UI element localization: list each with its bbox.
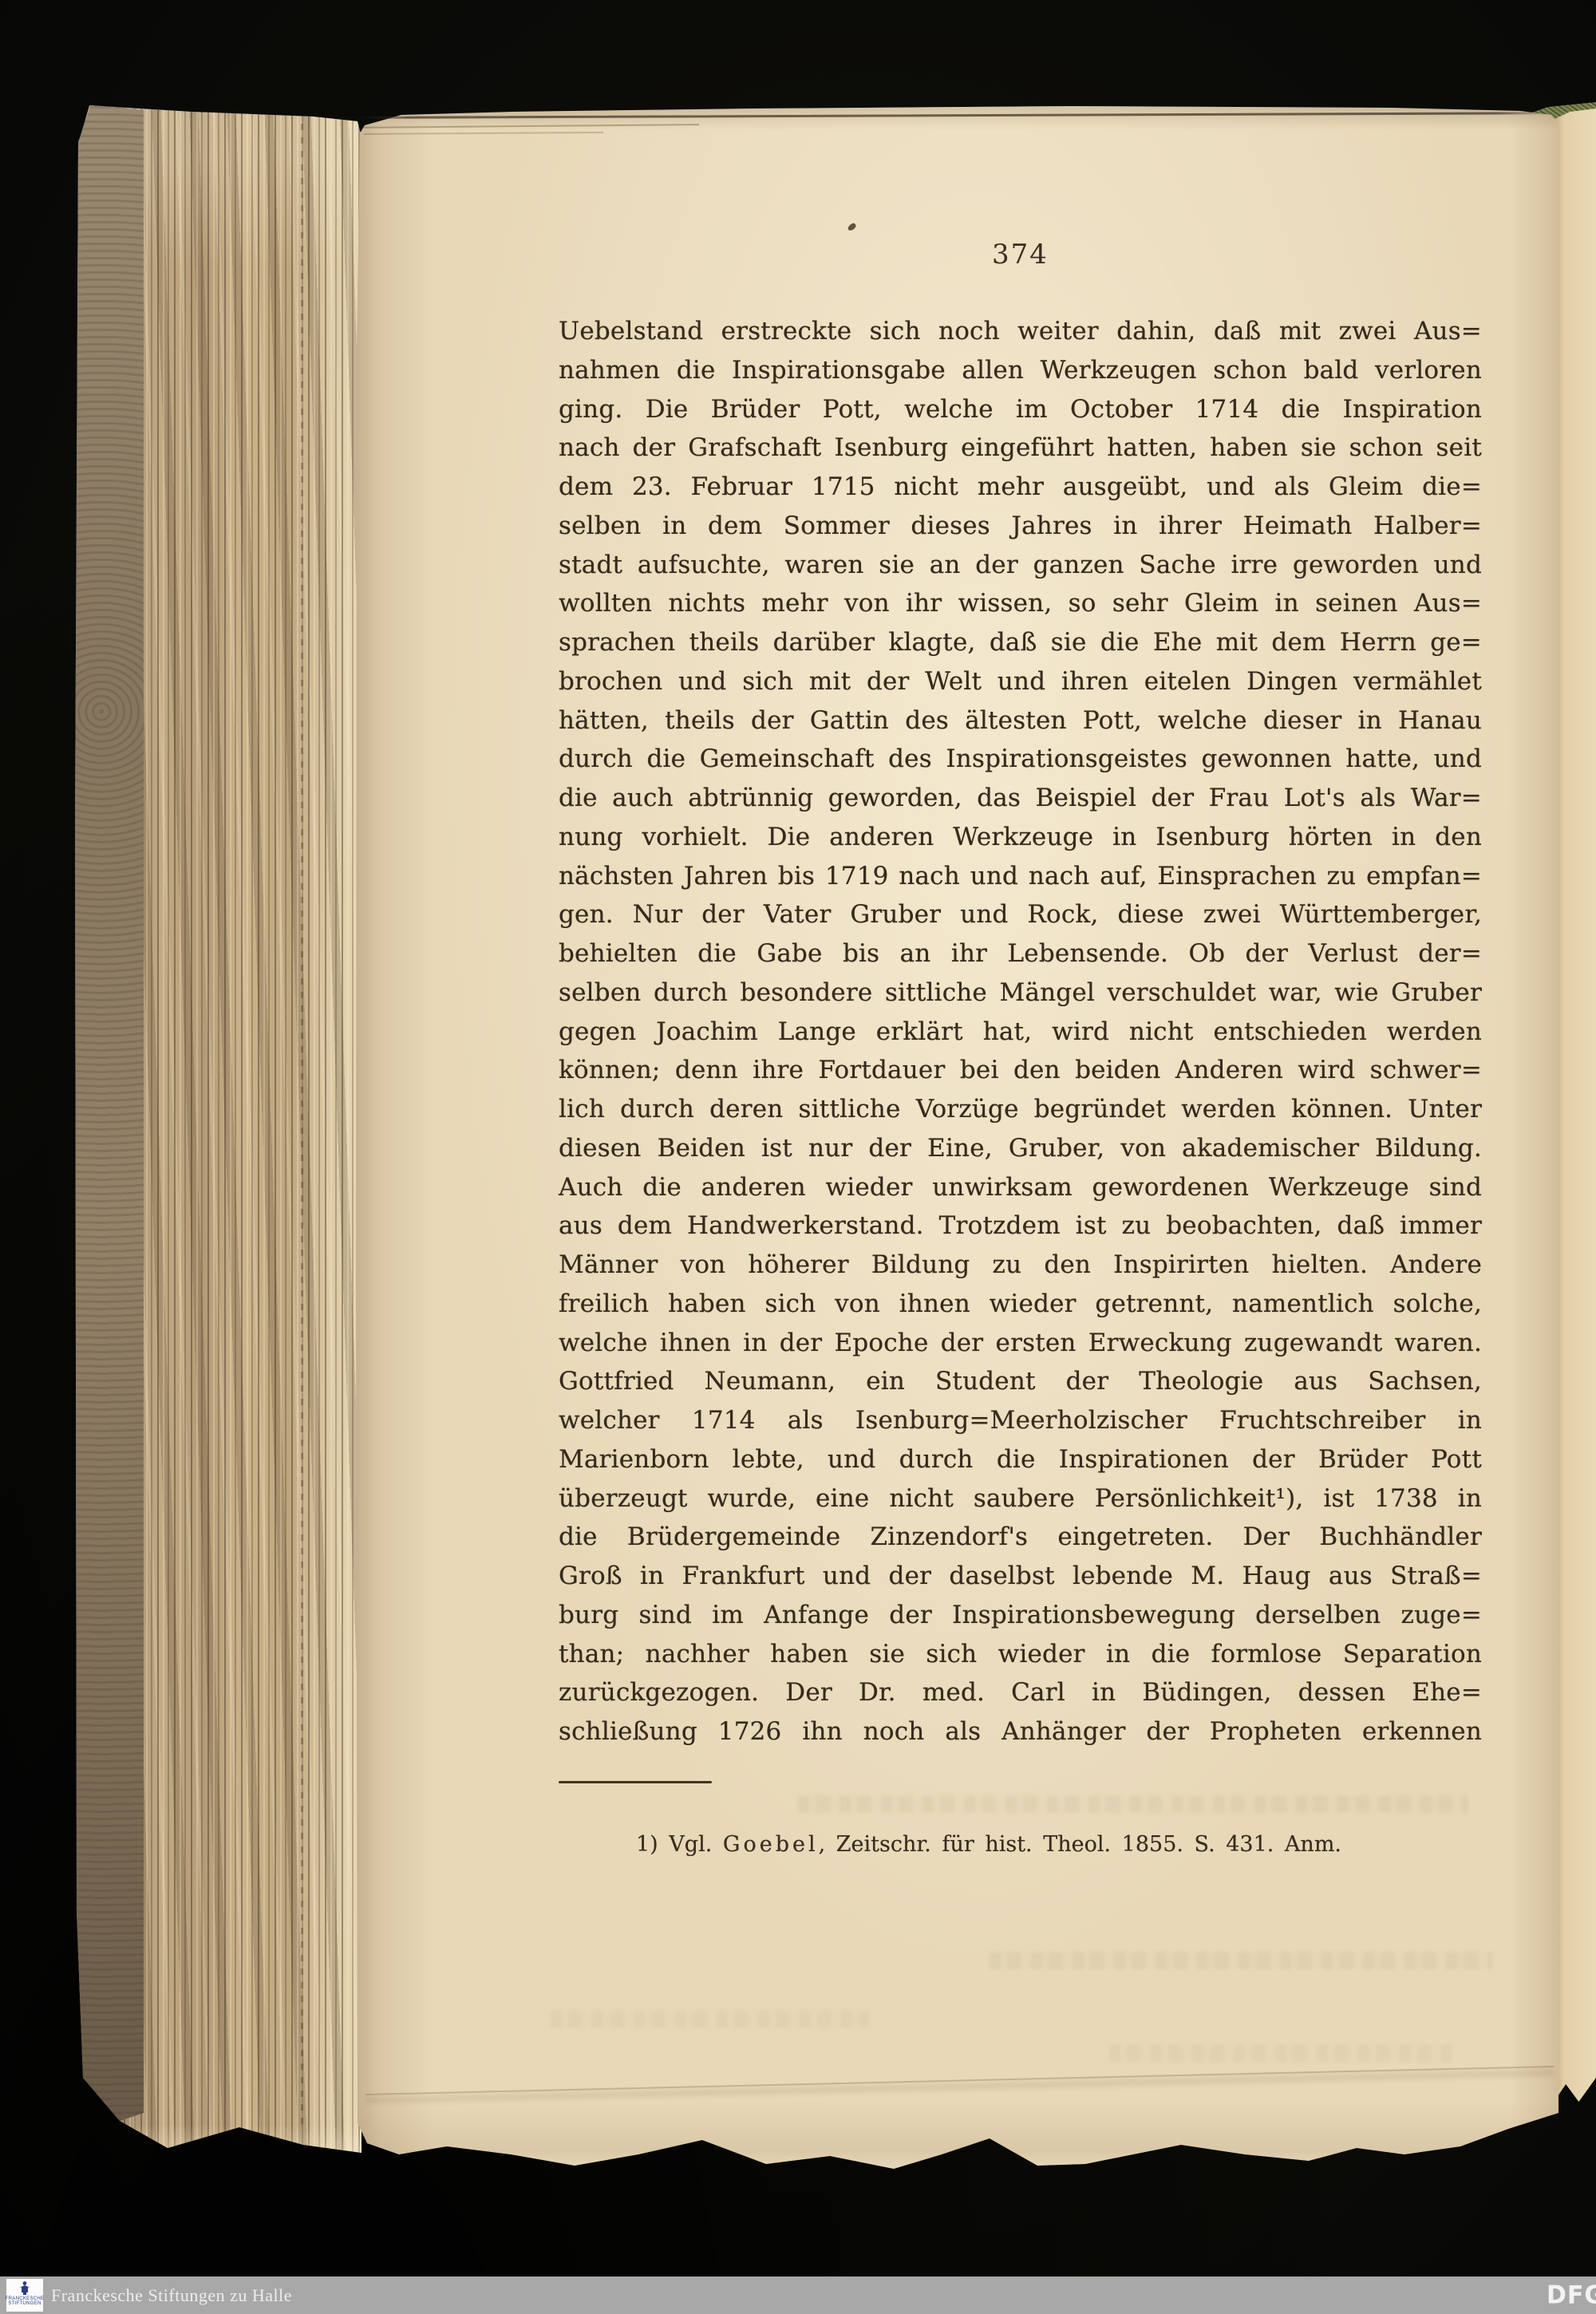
body-line: hätten, theils der Gattin des ältesten P… xyxy=(559,701,1482,740)
body-line: selben durch besondere sittliche Mängel … xyxy=(559,973,1482,1013)
body-line: überzeugt wurde, eine nicht saubere Pers… xyxy=(559,1479,1482,1518)
body-line: Auch die anderen wieder unwirksam geword… xyxy=(559,1168,1482,1207)
body-line: können; denn ihre Fortdauer bei den beid… xyxy=(559,1051,1482,1090)
body-line: Marienborn lebte, und durch die Inspirat… xyxy=(559,1440,1482,1479)
book-cover-spine-edge xyxy=(73,102,144,2134)
show-through-text xyxy=(990,1952,1492,1969)
body-line: schließung 1726 ihn noch als Anhänger de… xyxy=(559,1712,1482,1751)
body-line: sprachen theils darüber klagte, daß sie … xyxy=(559,623,1482,662)
show-through-text xyxy=(1109,2044,1452,2062)
body-line: welche ihnen in der Epoche der ersten Er… xyxy=(559,1324,1482,1363)
footnote-reference: , Zeitschr. für hist. Theol. 1855. S. 43… xyxy=(819,1832,1341,1857)
body-line: nahmen die Inspirationsgabe allen Werkze… xyxy=(559,351,1482,390)
body-line: behielten die Gabe bis an ihr Lebensende… xyxy=(559,934,1482,973)
footnote-rule xyxy=(559,1781,712,1783)
body-line: selben in dem Sommer dieses Jahres in ih… xyxy=(559,507,1482,546)
body-line: ging. Die Brüder Pott, welche im October… xyxy=(559,390,1482,429)
body-line: freilich haben sich von ihnen wieder get… xyxy=(559,1285,1482,1324)
dfg-logo: DFG xyxy=(1547,2276,1596,2314)
body-text-block: Uebelstand erstreckte sich noch weiter d… xyxy=(559,312,1482,1751)
footnote: 1) Vgl. Goebel, Zeitschr. für hist. Theo… xyxy=(636,1831,1490,1858)
body-line: dem 23. Februar 1715 nicht mehr ausgeübt… xyxy=(559,468,1482,507)
page-number: 374 xyxy=(559,241,1482,268)
book-scan: 374 Uebelstand erstreckte sich noch weit… xyxy=(0,0,1596,2314)
body-line: Männer von höherer Bildung zu den Inspir… xyxy=(559,1246,1482,1285)
institution-name: Franckesche Stiftungen zu Halle xyxy=(51,2276,292,2314)
body-line: zurückgezogen. Der Dr. med. Carl in Büdi… xyxy=(559,1673,1482,1712)
institution-logo: FRANCKESCHE STIFTUNGEN xyxy=(6,2279,43,2312)
body-line: durch die Gemeinschaft des Inspirationsg… xyxy=(559,740,1482,779)
body-line: Uebelstand erstreckte sich noch weiter d… xyxy=(559,312,1482,351)
body-line: die auch abtrünnig geworden, das Beispie… xyxy=(559,779,1482,818)
body-line: aus dem Handwerkerstand. Trotzdem ist zu… xyxy=(559,1206,1482,1246)
footnote-marker: 1) Vgl. xyxy=(636,1832,723,1857)
body-line: welcher 1714 als Isenburg=Meerholzischer… xyxy=(559,1401,1482,1440)
body-line: than; nachher haben sie sich wieder in d… xyxy=(559,1635,1482,1674)
page-stack-stitch-line xyxy=(301,121,303,2124)
show-through-text xyxy=(551,2011,870,2028)
body-line: stadt aufsuchte, waren sie an der ganzen… xyxy=(559,546,1482,585)
body-line: Groß in Frankfurt und der daselbst leben… xyxy=(559,1557,1482,1596)
underlying-page-edge xyxy=(1553,107,1596,2129)
body-line: brochen und sich mit der Welt und ihren … xyxy=(559,662,1482,701)
body-line: gen. Nur der Vater Gruber und Rock, dies… xyxy=(559,895,1482,934)
body-line: gegen Joachim Lange erklärt hat, wird ni… xyxy=(559,1013,1482,1052)
body-line: burg sind im Anfange der Inspirationsbew… xyxy=(559,1596,1482,1635)
body-line: die Brüdergemeinde Zinzendorf's eingetre… xyxy=(559,1518,1482,1557)
eagle-sun-emblem-icon xyxy=(18,2280,32,2296)
body-line: diesen Beiden ist nur der Eine, Gruber, … xyxy=(559,1129,1482,1168)
footnote-author: Goebel xyxy=(723,1832,819,1857)
body-line: nung vorhielt. Die anderen Werkzeuge in … xyxy=(559,818,1482,857)
logo-caption-line2: STIFTUNGEN xyxy=(8,2301,41,2306)
body-line: Gottfried Neumann, ein Student der Theol… xyxy=(559,1362,1482,1401)
body-line: nächsten Jahren bis 1719 nach und nach a… xyxy=(559,857,1482,896)
body-line: wollten nichts mehr von ihr wissen, so s… xyxy=(559,584,1482,623)
show-through-text xyxy=(798,1795,1468,1813)
body-line: lich durch deren sittliche Vorzüge begrü… xyxy=(559,1090,1482,1129)
body-line: nach der Grafschaft Isenburg eingeführt … xyxy=(559,428,1482,468)
